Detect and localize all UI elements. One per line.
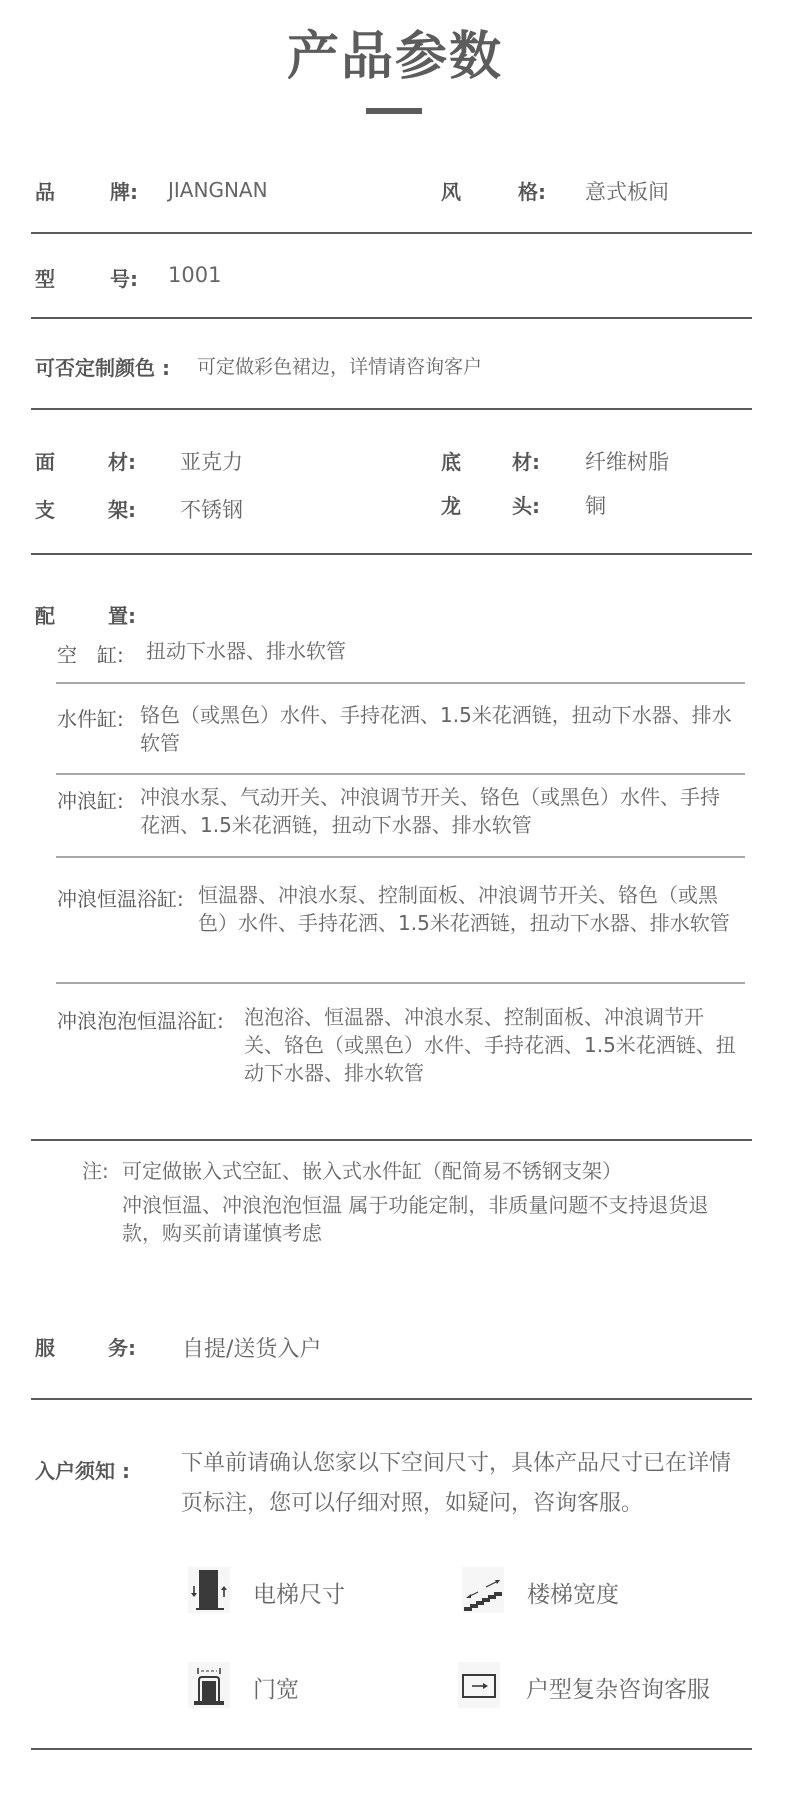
title-underline [366,108,422,114]
surface-label-b: 材: [108,446,136,475]
service-label-a: 服 [35,1332,55,1361]
divider [31,1748,752,1750]
delivery-notice-label: 入户须知 : [35,1455,130,1484]
config-item-value: 恒温器、冲浪水泵、控制面板、冲浪调节开关、铬色（或黑色）水件、手持花洒、1.5米… [198,881,738,937]
stair-width-label: 楼梯宽度 [527,1576,619,1609]
divider [31,1398,752,1400]
config-item-value: 冲浪水泵、气动开关、冲浪调节开关、铬色（或黑色）水件、手持花洒、1.5米花洒链，… [140,783,738,839]
style-value: 意式板间 [585,176,669,206]
config-item-value: 扭动下水器、排水软管 [146,637,746,665]
config-label-b: 置: [108,600,136,629]
stairs-icon [462,1567,504,1613]
model-label-b: 号: [110,263,138,292]
custom-color-label: 可否定制颜色 : [35,352,170,381]
stand-label-b: 架: [108,494,136,523]
divider [31,408,752,410]
divider [31,317,752,319]
door-icon [188,1662,230,1708]
base-label-a: 底 [441,446,461,475]
note-label: 注: [82,1157,109,1185]
config-item-value: 铬色（或黑色）水件、手持花洒、1.5米花洒链，扭动下水器、排水软管 [140,701,738,757]
divider [31,232,752,234]
config-item-value: 泡泡浴、恒温器、冲浪水泵、控制面板、冲浪调节开关、铬色（或黑色）水件、手持花洒、… [244,1003,738,1087]
sub-divider [56,856,745,858]
sub-divider [56,682,745,684]
elevator-icon [188,1567,230,1613]
divider [31,1139,752,1141]
faucet-label-a: 龙 [441,490,461,519]
arrow-box-icon [458,1662,500,1708]
config-item-label: 冲浪缸: [57,785,124,814]
style-label-a: 风 [441,176,461,205]
brand-value: JIANGNAN [168,178,268,202]
note-line-1: 可定做嵌入式空缸、嵌入式水件缸（配简易不锈钢支架） [122,1157,742,1185]
note-line-2: 冲浪恒温、冲浪泡泡恒温 属于功能定制，非质量问题不支持退货退款，购买前请谨慎考虑 [122,1191,742,1247]
delivery-notice-text: 下单前请确认您家以下空间尺寸，具体产品尺寸已在详情页标注，您可以仔细对照，如疑问… [181,1444,751,1524]
brand-label-a: 品 [35,176,55,205]
config-item-label: 水件缸: [57,703,124,732]
base-value: 纤维树脂 [585,446,669,476]
custom-color-value: 可定做彩色裙边，详情请咨询客户 [197,352,482,379]
model-label-a: 型 [35,263,55,292]
surface-label-a: 面 [35,446,55,475]
door-width-label: 门宽 [253,1671,299,1704]
model-value: 1001 [168,263,221,287]
service-value: 自提/送货入户 [182,1332,321,1363]
faucet-label-b: 头: [512,490,540,519]
config-item-label: 空 缸: [57,639,124,668]
complex-layout-label: 户型复杂咨询客服 [526,1671,710,1704]
elevator-size-label: 电梯尺寸 [253,1576,345,1609]
stand-label-a: 支 [35,494,55,523]
config-item-label: 冲浪泡泡恒温浴缸: [57,1005,224,1034]
sub-divider [56,982,745,984]
stand-value: 不锈钢 [180,494,243,524]
style-label-b: 格: [518,176,546,205]
brand-label-b: 牌: [110,176,138,205]
faucet-value: 铜 [585,490,606,520]
divider [31,553,752,555]
config-label-a: 配 [35,600,55,629]
surface-value: 亚克力 [180,446,243,476]
sub-divider [56,773,745,775]
config-item-label: 冲浪恒温浴缸: [57,883,184,912]
base-label-b: 材: [512,446,540,475]
service-label-b: 务: [108,1332,136,1361]
page-title: 产品参数 [0,14,790,89]
